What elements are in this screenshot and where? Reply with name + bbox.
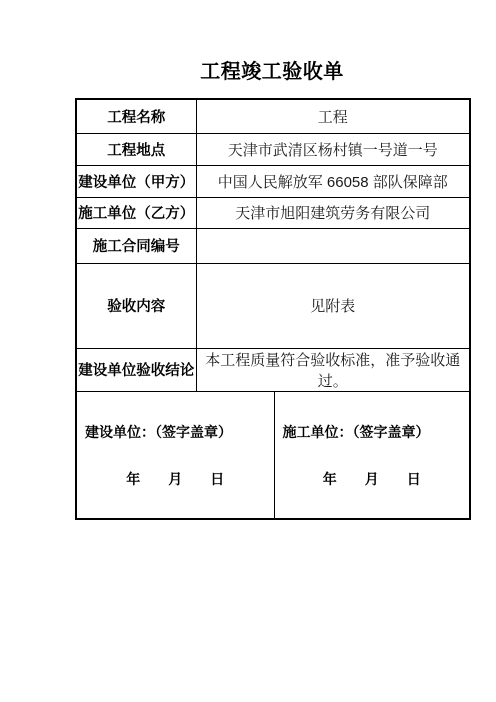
acceptance-form-table: 工程名称 工程 工程地点 天津市武清区杨村镇一号道一号 建设单位（甲方） 中国人… xyxy=(75,98,471,520)
date-month-label: 月 xyxy=(168,471,182,487)
signature-row: 建设单位：（签字盖章） 年月日 施工单位：（签字盖章） 年月日 xyxy=(76,391,470,519)
date-day-label: 日 xyxy=(210,471,224,487)
row-value-acceptance-conclusion: 本工程质量符合验收标准，准予验收通过。 xyxy=(196,348,470,391)
table-row-owner-unit: 建设单位（甲方） 中国人民解放军 66058 部队保障部 xyxy=(76,165,470,197)
row-label-owner-unit: 建设单位（甲方） xyxy=(76,165,196,197)
row-value-acceptance-content: 见附表 xyxy=(196,263,470,348)
row-label-acceptance-conclusion: 建设单位验收结论 xyxy=(76,348,196,391)
signature-cell-owner: 建设单位：（签字盖章） 年月日 xyxy=(76,391,274,519)
signature-label-contractor: 施工单位：（签字盖章） xyxy=(275,422,470,442)
row-label-project-name: 工程名称 xyxy=(76,99,196,133)
signature-date-contractor: 年月日 xyxy=(275,469,470,489)
table-row-contract-number: 施工合同编号 xyxy=(76,228,470,263)
table-row-acceptance-content: 验收内容 见附表 xyxy=(76,263,470,348)
date-day-label: 日 xyxy=(407,471,421,487)
signature-block-owner: 建设单位：（签字盖章） 年月日 xyxy=(77,392,274,489)
row-value-contract-number xyxy=(196,228,470,263)
table-row-contractor-unit: 施工单位（乙方） 天津市旭阳建筑劳务有限公司 xyxy=(76,197,470,228)
row-label-contract-number: 施工合同编号 xyxy=(76,228,196,263)
row-value-owner-unit: 中国人民解放军 66058 部队保障部 xyxy=(196,165,470,197)
row-value-contractor-unit: 天津市旭阳建筑劳务有限公司 xyxy=(196,197,470,228)
signature-date-owner: 年月日 xyxy=(77,469,274,489)
row-value-project-name: 工程 xyxy=(196,99,470,133)
row-label-project-location: 工程地点 xyxy=(76,133,196,165)
row-value-project-location: 天津市武清区杨村镇一号道一号 xyxy=(196,133,470,165)
document-page: 工程竣工验收单 工程名称 工程 工程地点 天津市武清区杨村镇一号道一号 建设单位… xyxy=(75,58,469,520)
table-row-project-location: 工程地点 天津市武清区杨村镇一号道一号 xyxy=(76,133,470,165)
table-row-project-name: 工程名称 工程 xyxy=(76,99,470,133)
signature-block-contractor: 施工单位：（签字盖章） 年月日 xyxy=(275,392,470,489)
row-label-acceptance-content: 验收内容 xyxy=(76,263,196,348)
signature-cell-contractor: 施工单位：（签字盖章） 年月日 xyxy=(274,391,470,519)
date-year-label: 年 xyxy=(323,471,337,487)
page-title: 工程竣工验收单 xyxy=(75,58,469,86)
date-year-label: 年 xyxy=(126,471,140,487)
date-month-label: 月 xyxy=(365,471,379,487)
table-row-acceptance-conclusion: 建设单位验收结论 本工程质量符合验收标准，准予验收通过。 xyxy=(76,348,470,391)
signature-label-owner: 建设单位：（签字盖章） xyxy=(77,422,274,442)
row-label-contractor-unit: 施工单位（乙方） xyxy=(76,197,196,228)
